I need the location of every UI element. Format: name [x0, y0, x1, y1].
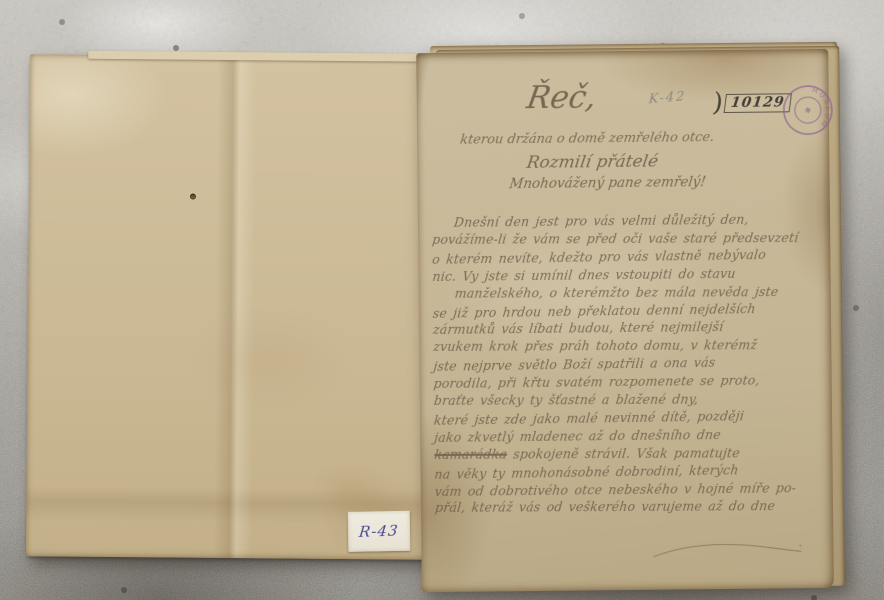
- manuscript-line: které jste zde jako malé nevinné dítě, p…: [433, 407, 827, 428]
- manuscript-front-page: Řeč, kterou držána o domě zemřelého otce…: [416, 49, 834, 592]
- manuscript-line: na věky ty mnohonásobné dobrodiní, který…: [434, 461, 828, 482]
- manuscript-line: Dnešní den jest pro vás velmi důležitý d…: [431, 211, 847, 230]
- left-blank-page: R-43: [26, 54, 434, 560]
- manuscript-line: se již pro hrdou neb překlatou denní nej…: [432, 300, 826, 321]
- manuscript-line: manželského, o kterémžto bez mála nevěda…: [432, 283, 847, 300]
- manuscript-salutation-2: Mnohovážený pane zemřelý!: [417, 173, 819, 193]
- manuscript-line: zvukem krok přes práh tohoto domu, v kte…: [433, 337, 827, 354]
- photo-of-manuscript: R-43 Řeč, kterou držána o domě zemřelého…: [0, 0, 884, 600]
- manuscript-line: o kterém nevíte, kdežto pro vás vlastně …: [431, 246, 825, 267]
- svg-text:✱: ✱: [804, 105, 813, 115]
- pen-flourish: [651, 541, 801, 563]
- manuscript-line: vám od dobrotivého otce nebeského v hojn…: [434, 479, 828, 498]
- manuscript-line: porodila, při křtu svatém rozpomenete se…: [433, 372, 827, 391]
- manuscript-line: zármutků vás líbati budou, které nejmile…: [432, 318, 826, 337]
- manuscript-body: Dnešní den jest pro vás velmi důležitý d…: [432, 211, 827, 545]
- manuscript-line: přál, kteráž vás od veškerého varujeme a…: [434, 498, 828, 515]
- manuscript-subtitle: kterou držána o domě zemřelého otce.: [416, 129, 818, 148]
- concrete-pebbles: [0, 0, 4, 4]
- manuscript-line: nic. Vy jste si umínil dnes vstoupiti do…: [432, 265, 826, 284]
- pencil-mark: K-42: [649, 89, 687, 107]
- manuscript-stack: Řeč, kterou držána o domě zemřelého otce…: [416, 42, 843, 592]
- paper-hole: [190, 194, 196, 200]
- manuscript-salutation-1: Rozmilí přátelé: [416, 150, 819, 174]
- accession-paren: ): [711, 92, 724, 115]
- manuscript-line: braťte všecky ty šťastné a blažené dny,: [433, 391, 827, 408]
- manuscript-line: jako zkvetlý mladenec až do dnešního dne: [433, 426, 827, 445]
- label-sticker: R-43: [348, 511, 411, 552]
- manuscript-line: kamarádka spokojeně strávil. Však pamatu…: [434, 445, 828, 462]
- label-text: R-43: [358, 522, 399, 541]
- manuscript-line: povážíme-li že vám se před oči vaše star…: [431, 230, 825, 247]
- left-page-under-sheet-edge: [88, 51, 418, 62]
- manuscript-line: jste nejprve světlo Boží spatřili a ona …: [433, 353, 827, 374]
